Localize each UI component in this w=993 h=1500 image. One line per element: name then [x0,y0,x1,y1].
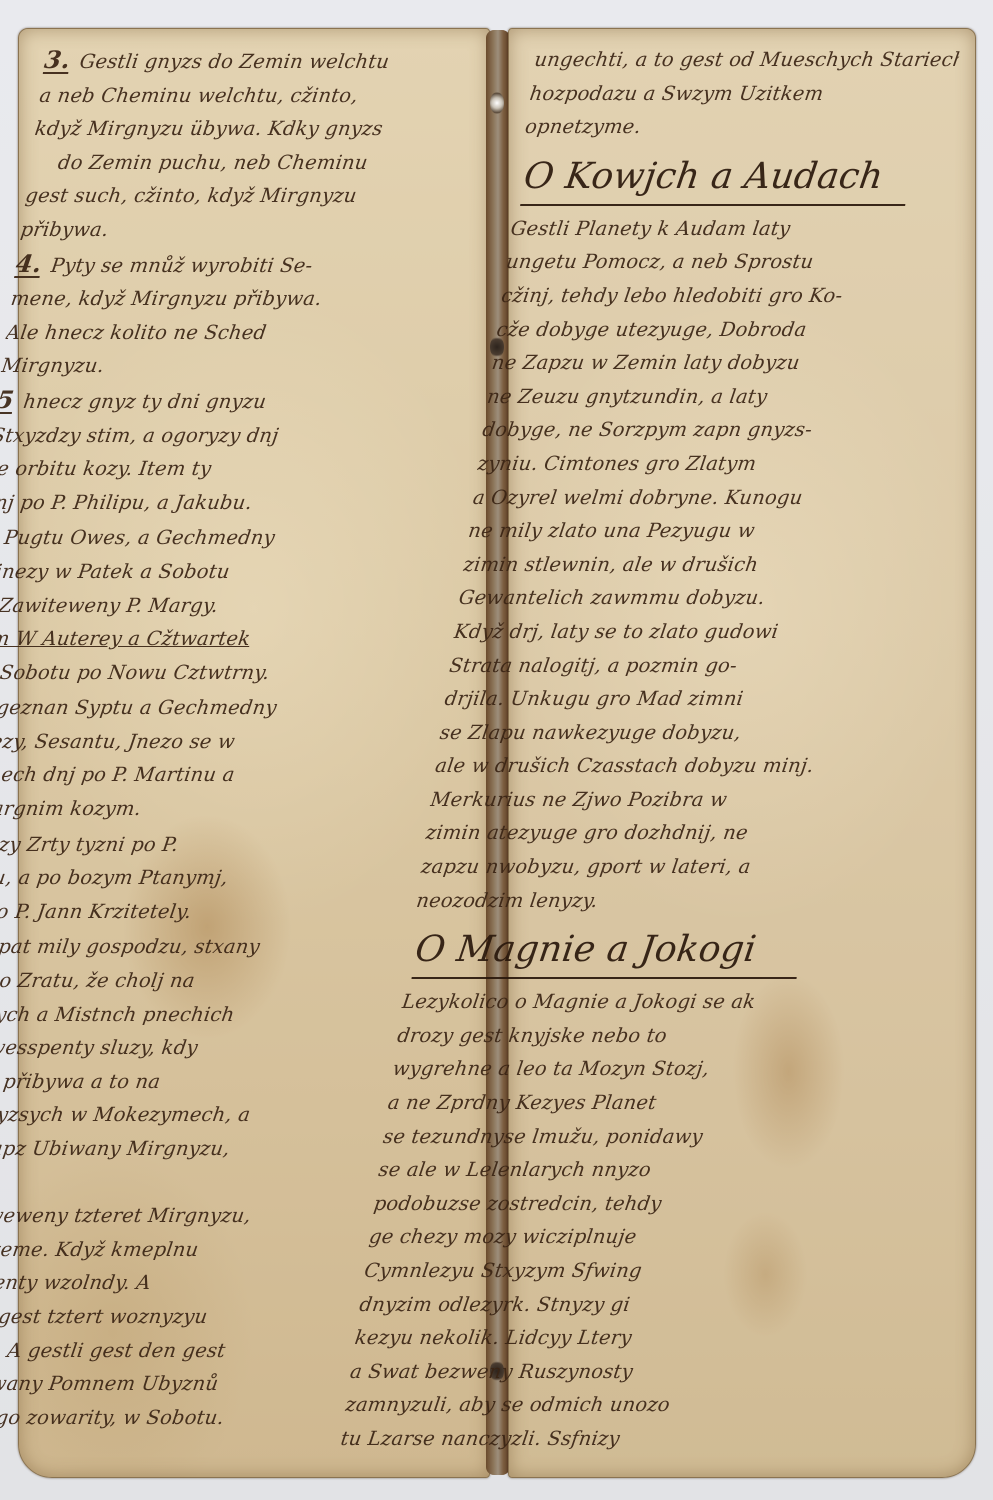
manuscript-line: cžinj, tehdy lebo hledobiti gro Ko- [499,279,928,313]
line-text: se orbitu kozy. Item ty [0,457,213,480]
manuscript-line: ungechti, a to gest od Mueschych Stariec… [532,43,961,77]
manuscript-line: a Swat bezweny Ruszynosty [348,1355,777,1389]
manuscript-line: dobyge, ne Sorzpym zapn gnyzs- [480,413,909,447]
manuscript-line: ge chezy mozy wicziplnuje [367,1220,796,1254]
line-text: zimin stlewnin, ale w drušich [462,553,760,576]
line-text: gestli dnijch gest tztert woznyzyu [0,1305,209,1328]
line-text: a Swat bezweny Ruszynosty [349,1360,635,1383]
line-text: tyj dnech dnj po P. Martinu a [0,763,236,786]
manuscript-line: Dolnech zapz Ubiwany Mirgnyzu, [0,1132,322,1166]
manuscript-line: Gewantelich zawmmu dobyzu. [457,581,886,615]
manuscript-line: Pnty, tuto Zratu, že cholj na [0,964,346,998]
manuscript-line: a neb Cheminu welchtu, cžinto, [37,79,470,113]
line-text: zapzu nwobyzu, gport w lateri, a [420,855,753,878]
manuscript-line: Stxyzdzy stim, a ogoryzy dnj [0,419,422,453]
line-text: Ulinezy w Patek a Sobotu [0,560,231,583]
manuscript-line: 13.Gspat mily gospodzu, stxany [0,928,351,964]
manuscript-line: a w Sobotu po Nowu Cztwtrny. [0,656,389,690]
manuscript-line: Ulinezy, Sesantu, Jnezo se w [0,725,379,759]
manuscript-line: Strata nalogitj, a pozmin go- [447,649,876,683]
binding-stitch-hole [490,92,504,114]
line-text: Item W Auterey a Cžtwartek [0,627,252,650]
line-text: a ne Zprdny Kezyes Planet [386,1091,658,1114]
line-text: tu Lzarse nanczyzli. Ssfnizy [339,1427,621,1450]
manuscript-line: se orbitu kozy. Item ty [0,452,418,486]
line-text: po Stargnim kozym. [0,797,143,820]
manuscript-line: Mirgnyzu. [0,349,432,383]
line-text: drjila. Unkugu gro Mad zimni [443,687,745,710]
line-text: Item. po P. Jann Krzitetely. [0,900,193,923]
manuscript-line: 4.Pyty se mnůž wyrobiti Se- [13,247,446,283]
line-text: Pugtu Owes, a Gechmedny [3,526,277,549]
line-text: a w Sobotu po Nowu Cztwtrny. [0,661,271,684]
line-text: ge chezy mozy wicziplnuje [368,1225,638,1248]
line-text: podobuzse zostredcin, tehdy [372,1192,663,1215]
manuscript-line: hozpodazu a Swzym Uzitkem [528,77,957,111]
line-text: Merkurius ne Zjwo Pozibra w [429,788,729,811]
manuscript-line: neozodzim lenyzy. [414,884,843,918]
manuscript-line: když Mirgnyzu übywa. Kdky gnyzs [33,112,466,146]
manuscript-line: zapzu nwobyzu, gport w lateri, a [419,850,848,884]
line-text: a neb Cheminu welchtu, cžinto, [38,84,359,107]
manuscript-line: kezyu nekolik. Lidcyy Ltery [353,1321,782,1355]
manuscript-line: po Zawiteweny P. Margy. [0,589,398,623]
manuscript-line: 8Pnezy Zrty tyzni po P. [0,826,365,862]
section-heading-magnet: O Magnie a Jokogi [411,923,804,979]
manuscript-line: Zaprbenych a Mistnch pnechich [0,998,341,1032]
line-text: o Stergozych. A gestli gest den gest [0,1339,227,1362]
line-text: Cymnlezyu Stxyzym Sfwing [363,1259,644,1282]
line-text: Ulinezy, Sesantu, Jnezo se w [0,730,237,753]
line-text: wygrehne a leo ta Mozyn Stozj, [391,1057,711,1080]
manuscript-line: drjila. Unkugu gro Mad zimni [442,682,871,716]
line-text: se ale w Lelenlarych nnyzo [377,1158,653,1181]
manuscript-line: dnyzim odlezyrk. Stnyzy gi [357,1288,786,1322]
manuscript-line: 5hnecz gnyz ty dni gnyzu [0,383,427,419]
manuscript-line: woziwany tzeme. Když kmeplnu [0,1233,308,1267]
manuscript-line: se tezundnyse lmužu, ponidawy [381,1120,810,1154]
manuscript-line: ne se wesspenty wzolndy. A [0,1266,303,1300]
manuscript-line: ungetu Pomocz, a neb Sprostu [504,245,933,279]
manuscript-line: po Stargnim kozym. [0,792,370,826]
line-text: dnj po P. Philipu, a Jakubu. [0,491,254,514]
line-text: ungetu Pomocz, a neb Sprostu [505,250,815,273]
manuscript-line: zyniu. Cimtones gro Zlatym [476,447,905,481]
manuscript-line: bozjchy wesspenty sluzy, kdy [0,1031,336,1065]
manuscript-line: Když drj, laty se to zlato gudowi [452,615,881,649]
line-text: budesst ne to go zowarity, w Sobotu. [0,1406,226,1429]
manuscript-line: a Ozyrel welmi dobryne. Kunogu [471,481,900,515]
manuscript-line: Mirgnyzu přibywa a to na [0,1065,331,1099]
line-text: opnetzyme. [524,115,643,138]
manuscript-line: tyj dnech dnj po P. Martinu a [0,758,374,792]
line-text: Mirgnyzu. [0,354,106,377]
line-text: do Zemin puchu, neb Cheminu [57,151,370,174]
manuscript-line: Mistnch nyzsych w Mokezymech, a [0,1098,327,1132]
line-text: zyniu. Cimtones gro Zlatym [476,452,758,475]
line-text: ne Zeuzu gnytzundin, a laty [486,385,769,408]
manuscript-line: a ne Zprdny Kezyes Planet [386,1086,815,1120]
line-text: mene, když Mirgnyzu přibywa. [9,287,323,310]
manuscript-line: Cymnlezyu Stxyzym Sfwing [362,1254,791,1288]
line-text: ne mily zlato una Pezyugu w [467,519,757,542]
line-text: a Ozyrel welmi dobryne. Kunogu [472,486,805,509]
manuscript-line: Item W Auterey a Cžtwartek [0,622,394,656]
manuscript-line: Gestli Planety k Audam laty [509,212,938,246]
manuscript-line: 3.Gestli gnyzs do Zemin welchtu [42,43,475,79]
line-text: neozodzim lenyzy. [415,889,599,912]
line-text: ne Zapzu w Zemin laty dobyzu [490,351,801,374]
manuscript-scan: 3.Gestli gnyzs do Zemin welchtua neb Che… [0,0,993,1500]
manuscript-line: se ale w Lelenlarych nnyzo [376,1153,805,1187]
line-text: hnecz gnyz ty dni gnyzu [22,390,268,413]
manuscript-line: o Stergozych. A gestli gest den gest [0,1334,294,1368]
line-text: ale w drušich Czasstach dobyzu minj. [434,754,815,777]
line-text: drozy gest knyjske nebo to [396,1024,669,1047]
line-text: se Zlapu nawkezyuge dobyzu, [439,721,743,744]
line-text: gest such, cžinto, když Mirgnyzu [24,184,358,207]
line-text: Když drj, laty se to zlato gudowi [453,620,780,643]
right-intro-lines: ungechti, a to gest od Mueschych Stariec… [523,43,961,144]
line-text: přibywa. [19,218,110,241]
item-number: 3. [43,45,73,74]
manuscript-line: Tzteret, woziwany Pomnem Ubyznů [0,1367,289,1401]
manuscript-line: podobuzse zostredcin, tehdy [372,1187,801,1221]
manuscript-line: 7Ogeznan Syptu a Gechmedny [0,689,384,725]
line-text: woziwany tzeme. Když kmeplnu [0,1238,200,1261]
manuscript-line: zimin stlewnin, ale w drušich [461,548,890,582]
line-text: ne se wesspenty wzolndy. A [0,1271,152,1294]
line-text: Gspat mily gospodzu, stxany [0,935,261,958]
line-text: Dolnech zapz Ubiwany Mirgnyzu, [0,1137,231,1160]
manuscript-line: ne Zapzu w Zemin laty dobyzu [490,346,919,380]
manuscript-line: budesst ne to go zowarity, w Sobotu. [0,1401,284,1435]
line-text: když Mirgnyzu übywa. Kdky gnyzs [33,117,384,140]
line-text: Gewantelich zawmmu dobyzu. [457,586,766,609]
manuscript-line: Merkurius ne Zjwo Pozibra w [428,783,857,817]
manuscript-line: opnetzyme. [523,110,952,144]
manuscript-line: tu Lzarse nanczyzli. Ssfnizy [338,1422,767,1456]
line-text: Ogeznan Syptu a Gechmedny [0,696,278,719]
manuscript-line: mene, když Mirgnyzu přibywa. [9,282,442,316]
line-text: bozjchy wesspenty sluzy, kdy [0,1036,199,1059]
manuscript-line: ale w drušich Czasstach dobyzu minj. [433,749,862,783]
manuscript-line: drozy gest knyjske nebo to [395,1019,824,1053]
manuscript-line: gest such, cžinto, když Mirgnyzu [23,179,456,213]
manuscript-line: Když gest weweny tzteret Mirgnyzu, [0,1199,313,1233]
line-text: cže dobyge utezyuge, Dobroda [495,318,808,341]
line-text: ungechti, a to gest od Mueschych Stariec… [533,48,961,71]
line-text: hozpodazu a Swzym Uzitkem [528,82,825,105]
manuscript-line: zamnyzuli, aby se odmich unozo [343,1388,772,1422]
manuscript-line: ne Zeuzu gnytzundin, a laty [485,380,914,414]
line-text: Pnty, tuto Zratu, že cholj na [0,969,196,992]
manuscript-line: do Zemin puchu, neb Cheminu [28,146,461,180]
line-text: Mirgnyzu přibywa a to na [0,1070,162,1093]
manuscript-line: Item. po P. Jann Krzitetely. [0,895,355,929]
line-text: kezyu nekolik. Lidcyy Ltery [353,1326,633,1349]
manuscript-line: 6Pugtu Owes, a Gechmedny [0,519,408,555]
line-text: Mistnch nyzsych w Mokezymech, a [0,1103,252,1126]
line-text: zamnyzuli, aby se odmich unozo [344,1393,671,1416]
section-magnet-body: Lezykolico o Magnie a Jokogi se akdrozy … [338,985,828,1455]
manuscript-line: cže dobyge utezyuge, Dobroda [494,313,923,347]
manuscript-line: a tep gnyz. [0,1166,317,1200]
item-number: 5 [0,385,16,414]
line-text: se tezundnyse lmužu, ponidawy [382,1125,705,1148]
manuscript-line: přibywa. [18,213,451,247]
line-text: Když gest weweny tzteret Mirgnyzu, [0,1204,252,1227]
manuscript-line: zimin atezyuge gro dozhdnij, ne [424,816,853,850]
manuscript-line: Ale hnecz kolito ne Sched [4,316,437,350]
line-text: Pyty se mnůž wyrobiti Se- [50,254,314,277]
manuscript-line: gestli dnijch gest tztert woznyzyu [0,1300,298,1334]
line-text: Stxyzdzy stim, a ogoryzy dnj [0,424,280,447]
right-page: ungechti, a to gest od Mueschych Stariec… [508,28,976,1478]
item-number: 4. [14,249,44,278]
line-text: Strata nalogitj, a pozmin go- [448,654,739,677]
line-text: Urbenu, a po bozym Ptanymj, [0,866,229,889]
line-text: dobyge, ne Sorzpym zapn gnyzs- [481,418,814,441]
line-text: Zaprbenych a Mistnch pnechich [0,1003,236,1026]
line-text: po Zawiteweny P. Margy. [0,594,220,617]
line-text: Tzteret, woziwany Pomnem Ubyznů [0,1372,220,1395]
manuscript-line: se Zlapu nawkezyuge dobyzu, [438,716,867,750]
line-text: zimin atezyuge gro dozhdnij, ne [424,821,749,844]
manuscript-line: ne mily zlato una Pezyugu w [466,514,895,548]
line-text: dnyzim odlezyrk. Stnyzy gi [358,1293,631,1316]
manuscript-line: Lezykolico o Magnie a Jokogi se ak [400,985,829,1019]
line-text: Pnezy Zrty tyzni po P. [0,833,180,856]
manuscript-line: dnj po P. Philipu, a Jakubu. [0,486,413,520]
manuscript-line: Urbenu, a po bozym Ptanymj, [0,861,360,895]
line-text: Gestli Planety k Audam laty [509,217,792,240]
manuscript-line: wygrehne a leo ta Mozyn Stozj, [390,1052,819,1086]
section-heading-metals-ores: O Kowjch a Audach [520,150,913,206]
line-text: Ale hnecz kolito ne Sched [5,321,268,344]
line-text: Lezykolico o Magnie a Jokogi se ak [401,990,757,1013]
line-text: cžinj, tehdy lebo hledobiti gro Ko- [500,284,844,307]
line-text: Gestli gnyzs do Zemin welchtu [78,50,391,73]
manuscript-line: Ulinezy w Patek a Sobotu [0,555,403,589]
